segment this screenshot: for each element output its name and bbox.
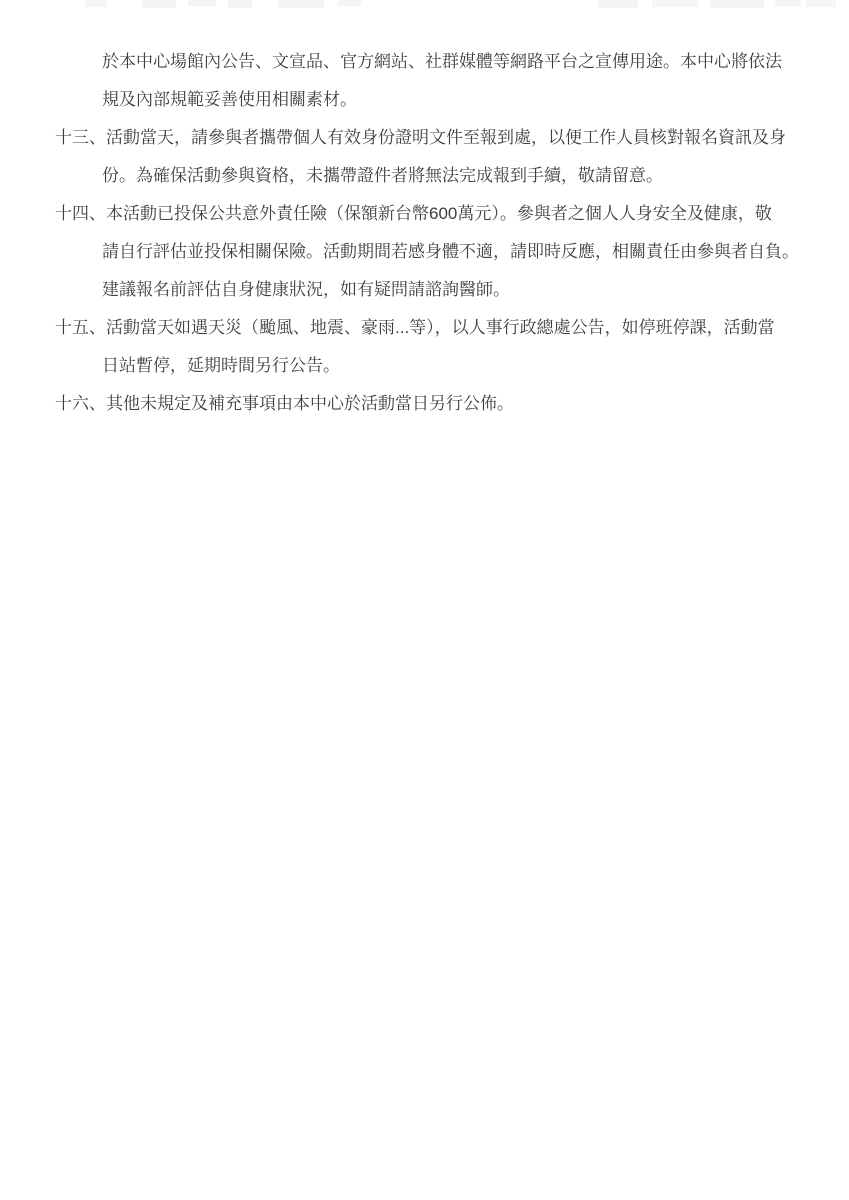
prev-item-continuation-line: 規及內部規範妥善使用相關素材。	[0, 81, 849, 119]
rule-item-15-line-1: 十五、活動當天如遇天災（颱風、地震、豪雨...等），以人事行政總處公告，如停班停…	[0, 309, 849, 347]
clipped-glyph-fragment	[188, 0, 216, 6]
clipped-glyph-fragment	[142, 0, 176, 8]
rule-item-14-line-1: 十四、本活動已投保公共意外責任險（保額新台幣600萬元）。參與者之個人人身安全及…	[0, 195, 849, 233]
rule-item-14-number: 十四、	[55, 204, 106, 223]
rule-item-16-number: 十六、	[55, 394, 106, 413]
prev-item-continuation-line: 於本中心場館內公告、文宣品、官方網站、社群媒體等網路平台之宣傳用途。本中心將依法	[0, 43, 849, 81]
rule-item-13-number: 十三、	[55, 128, 106, 147]
clipped-glyph-fragment	[710, 0, 764, 8]
clipped-glyph-fragment	[806, 0, 836, 7]
rule-item-16-line-1: 十六、其他未規定及補充事項由本中心於活動當日另行公佈。	[0, 385, 849, 423]
rule-item-14-line-3: 建議報名前評估自身健康狀況，如有疑問請諮詢醫師。	[0, 271, 849, 309]
rule-item-13-line-1: 十三、活動當天，請參與者攜帶個人有效身份證明文件至報到處，以便工作人員核對報名資…	[0, 119, 849, 157]
rule-item-15-text: 活動當天如遇天災（颱風、地震、豪雨...等），以人事行政總處公告，如停班停課，活…	[106, 318, 775, 337]
clipped-glyph-fragment	[598, 0, 638, 8]
clipped-top-text-remnant	[0, 0, 849, 10]
rule-item-14-text: 本活動已投保公共意外責任險（保額新台幣600萬元）。參與者之個人人身安全及健康，…	[106, 204, 772, 223]
clipped-glyph-fragment	[85, 0, 107, 7]
rule-item-13-line-2: 份。為確保活動參與資格，未攜帶證件者將無法完成報到手續，敬請留意。	[0, 157, 849, 195]
clipped-glyph-fragment	[278, 0, 324, 8]
rules-text-block: 於本中心場館內公告、文宣品、官方網站、社群媒體等網路平台之宣傳用途。本中心將依法…	[0, 0, 849, 423]
rule-item-15-line-2: 日站暫停，延期時間另行公告。	[0, 347, 849, 385]
rule-item-13-text: 活動當天，請參與者攜帶個人有效身份證明文件至報到處，以便工作人員核對報名資訊及身	[106, 128, 786, 147]
document-page: 於本中心場館內公告、文宣品、官方網站、社群媒體等網路平台之宣傳用途。本中心將依法…	[0, 0, 849, 1200]
clipped-glyph-fragment	[652, 0, 698, 7]
clipped-glyph-fragment	[338, 0, 362, 6]
rule-item-14-line-2: 請自行評估並投保相關保險。活動期間若感身體不適，請即時反應，相關責任由參與者自負…	[0, 233, 849, 271]
clipped-glyph-fragment	[228, 0, 252, 8]
clipped-glyph-fragment	[775, 0, 801, 6]
rule-item-15-number: 十五、	[55, 318, 106, 337]
rule-item-16-text: 其他未規定及補充事項由本中心於活動當日另行公佈。	[106, 394, 514, 413]
